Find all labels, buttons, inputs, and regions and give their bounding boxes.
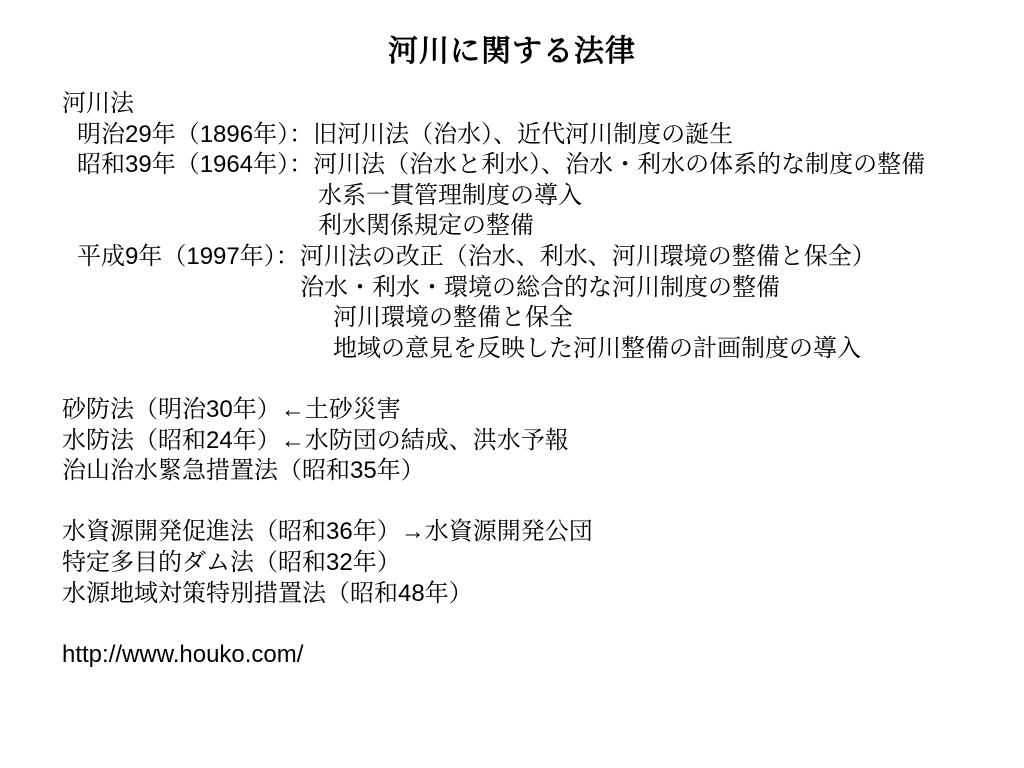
text-line: 治水・利水・環境の総合的な河川制度の整備 [0,273,1024,304]
text-line: 水防法（昭和24年）←水防団の結成、洪水予報 [0,426,1024,457]
presentation-slide: 河川に関する法律 河川法 明治29年（1896年）：旧河川法（治水）、近代河川制… [0,0,1024,768]
blank-line [0,609,1024,640]
blank-line [0,364,1024,395]
text-line: 水系一貫管理制度の導入 [0,181,1024,212]
text-line: 平成9年（1997年）：河川法の改正（治水、利水、河川環境の整備と保全） [0,242,1024,273]
text-line: 明治29年（1896年）：旧河川法（治水）、近代河川制度の誕生 [0,120,1024,151]
text-line: 砂防法（明治30年）←土砂災害 [0,395,1024,426]
text-line: 水資源開発促進法（昭和36年）→水資源開発公団 [0,517,1024,548]
blank-line [0,487,1024,518]
text-line: 水源地域対策特別措置法（昭和48年） [0,579,1024,610]
text-line: 河川法 [0,89,1024,120]
text-line: 治山治水緊急措置法（昭和35年） [0,456,1024,487]
slide-body: 河川法 明治29年（1896年）：旧河川法（治水）、近代河川制度の誕生 昭和39… [0,89,1024,670]
text-line: 特定多目的ダム法（昭和32年） [0,548,1024,579]
text-line: 河川環境の整備と保全 [0,303,1024,334]
url-text: http://www.houko.com/ [0,640,1024,671]
text-line: 昭和39年（1964年）：河川法（治水と利水）、治水・利水の体系的な制度の整備 [0,150,1024,181]
slide-title: 河川に関する法律 [0,26,1024,70]
text-line: 地域の意見を反映した河川整備の計画制度の導入 [0,334,1024,365]
text-line: 利水関係規定の整備 [0,211,1024,242]
